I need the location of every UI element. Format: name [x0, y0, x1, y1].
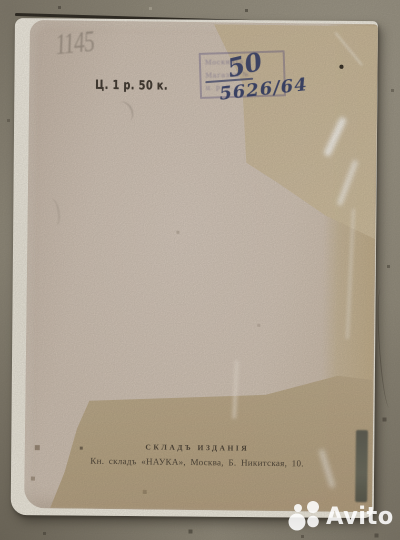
cover-specks: [30, 20, 31, 21]
printed-price: Ц. 1 р. 50 к.: [95, 77, 168, 93]
book-back-cover: 1145 Ц. 1 р. 50 к. Москнига Магазин № ц.…: [24, 20, 378, 512]
pencil-squiggle: [111, 98, 137, 126]
background-specks: [0, 0, 1, 1]
dark-tape-patch: [355, 430, 368, 502]
pencil-squiggle: [45, 198, 61, 228]
publisher-imprint-heading: СКЛАДЪ ИЗДАНІЯ: [65, 441, 330, 453]
avito-watermark: Avito: [286, 499, 398, 533]
publisher-imprint: СКЛАДЪ ИЗДАНІЯ Кн. складъ «НАУКА», Москв…: [65, 441, 330, 468]
avito-watermark-text: Avito: [326, 499, 394, 533]
pin-hole: [339, 65, 343, 69]
listing-photo-book-back-cover: 1145 Ц. 1 р. 50 к. Москнига Магазин № ц.…: [0, 0, 400, 540]
background-scratch: [375, 288, 398, 409]
avito-logo-icon: [286, 499, 324, 533]
pencil-inventory-number: 1145: [54, 25, 96, 62]
